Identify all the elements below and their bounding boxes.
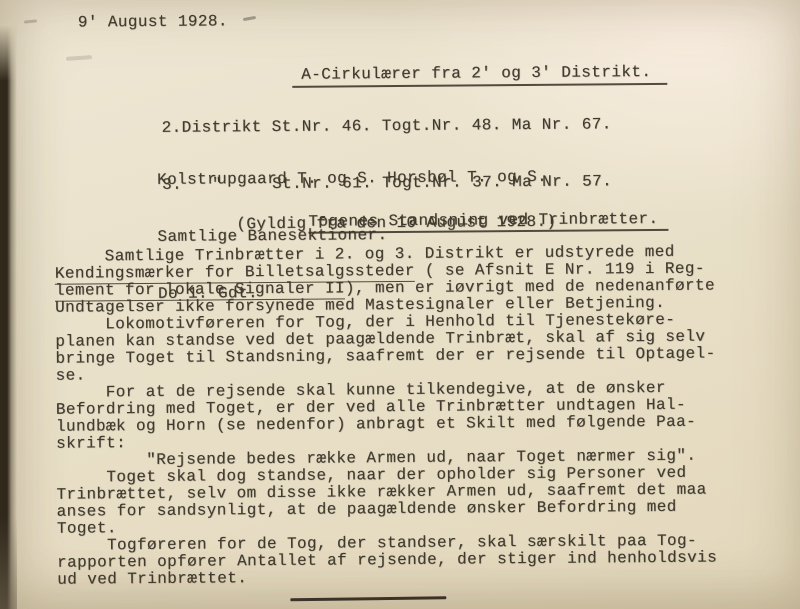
typed-content: 9' August 1928. A-Cirkulærer fra 2' og 3… xyxy=(0,0,800,609)
recipient-line: Kolstrupgaard T. og S. Horsbøl T. og S. xyxy=(157,168,547,190)
body-line: ud ved Trinbrættet. xyxy=(57,567,717,589)
scanned-document-page: 9' August 1928. A-Cirkulærer fra 2' og 3… xyxy=(0,0,800,609)
closing-rule xyxy=(290,596,446,601)
doc-validity: (Gyldig fra den 10 August 1928.) xyxy=(236,214,556,234)
date-line: 9' August 1928. xyxy=(78,13,228,31)
body-text: Samtlige Trinbrætter i 2. og 3. Distrikt… xyxy=(55,244,718,589)
